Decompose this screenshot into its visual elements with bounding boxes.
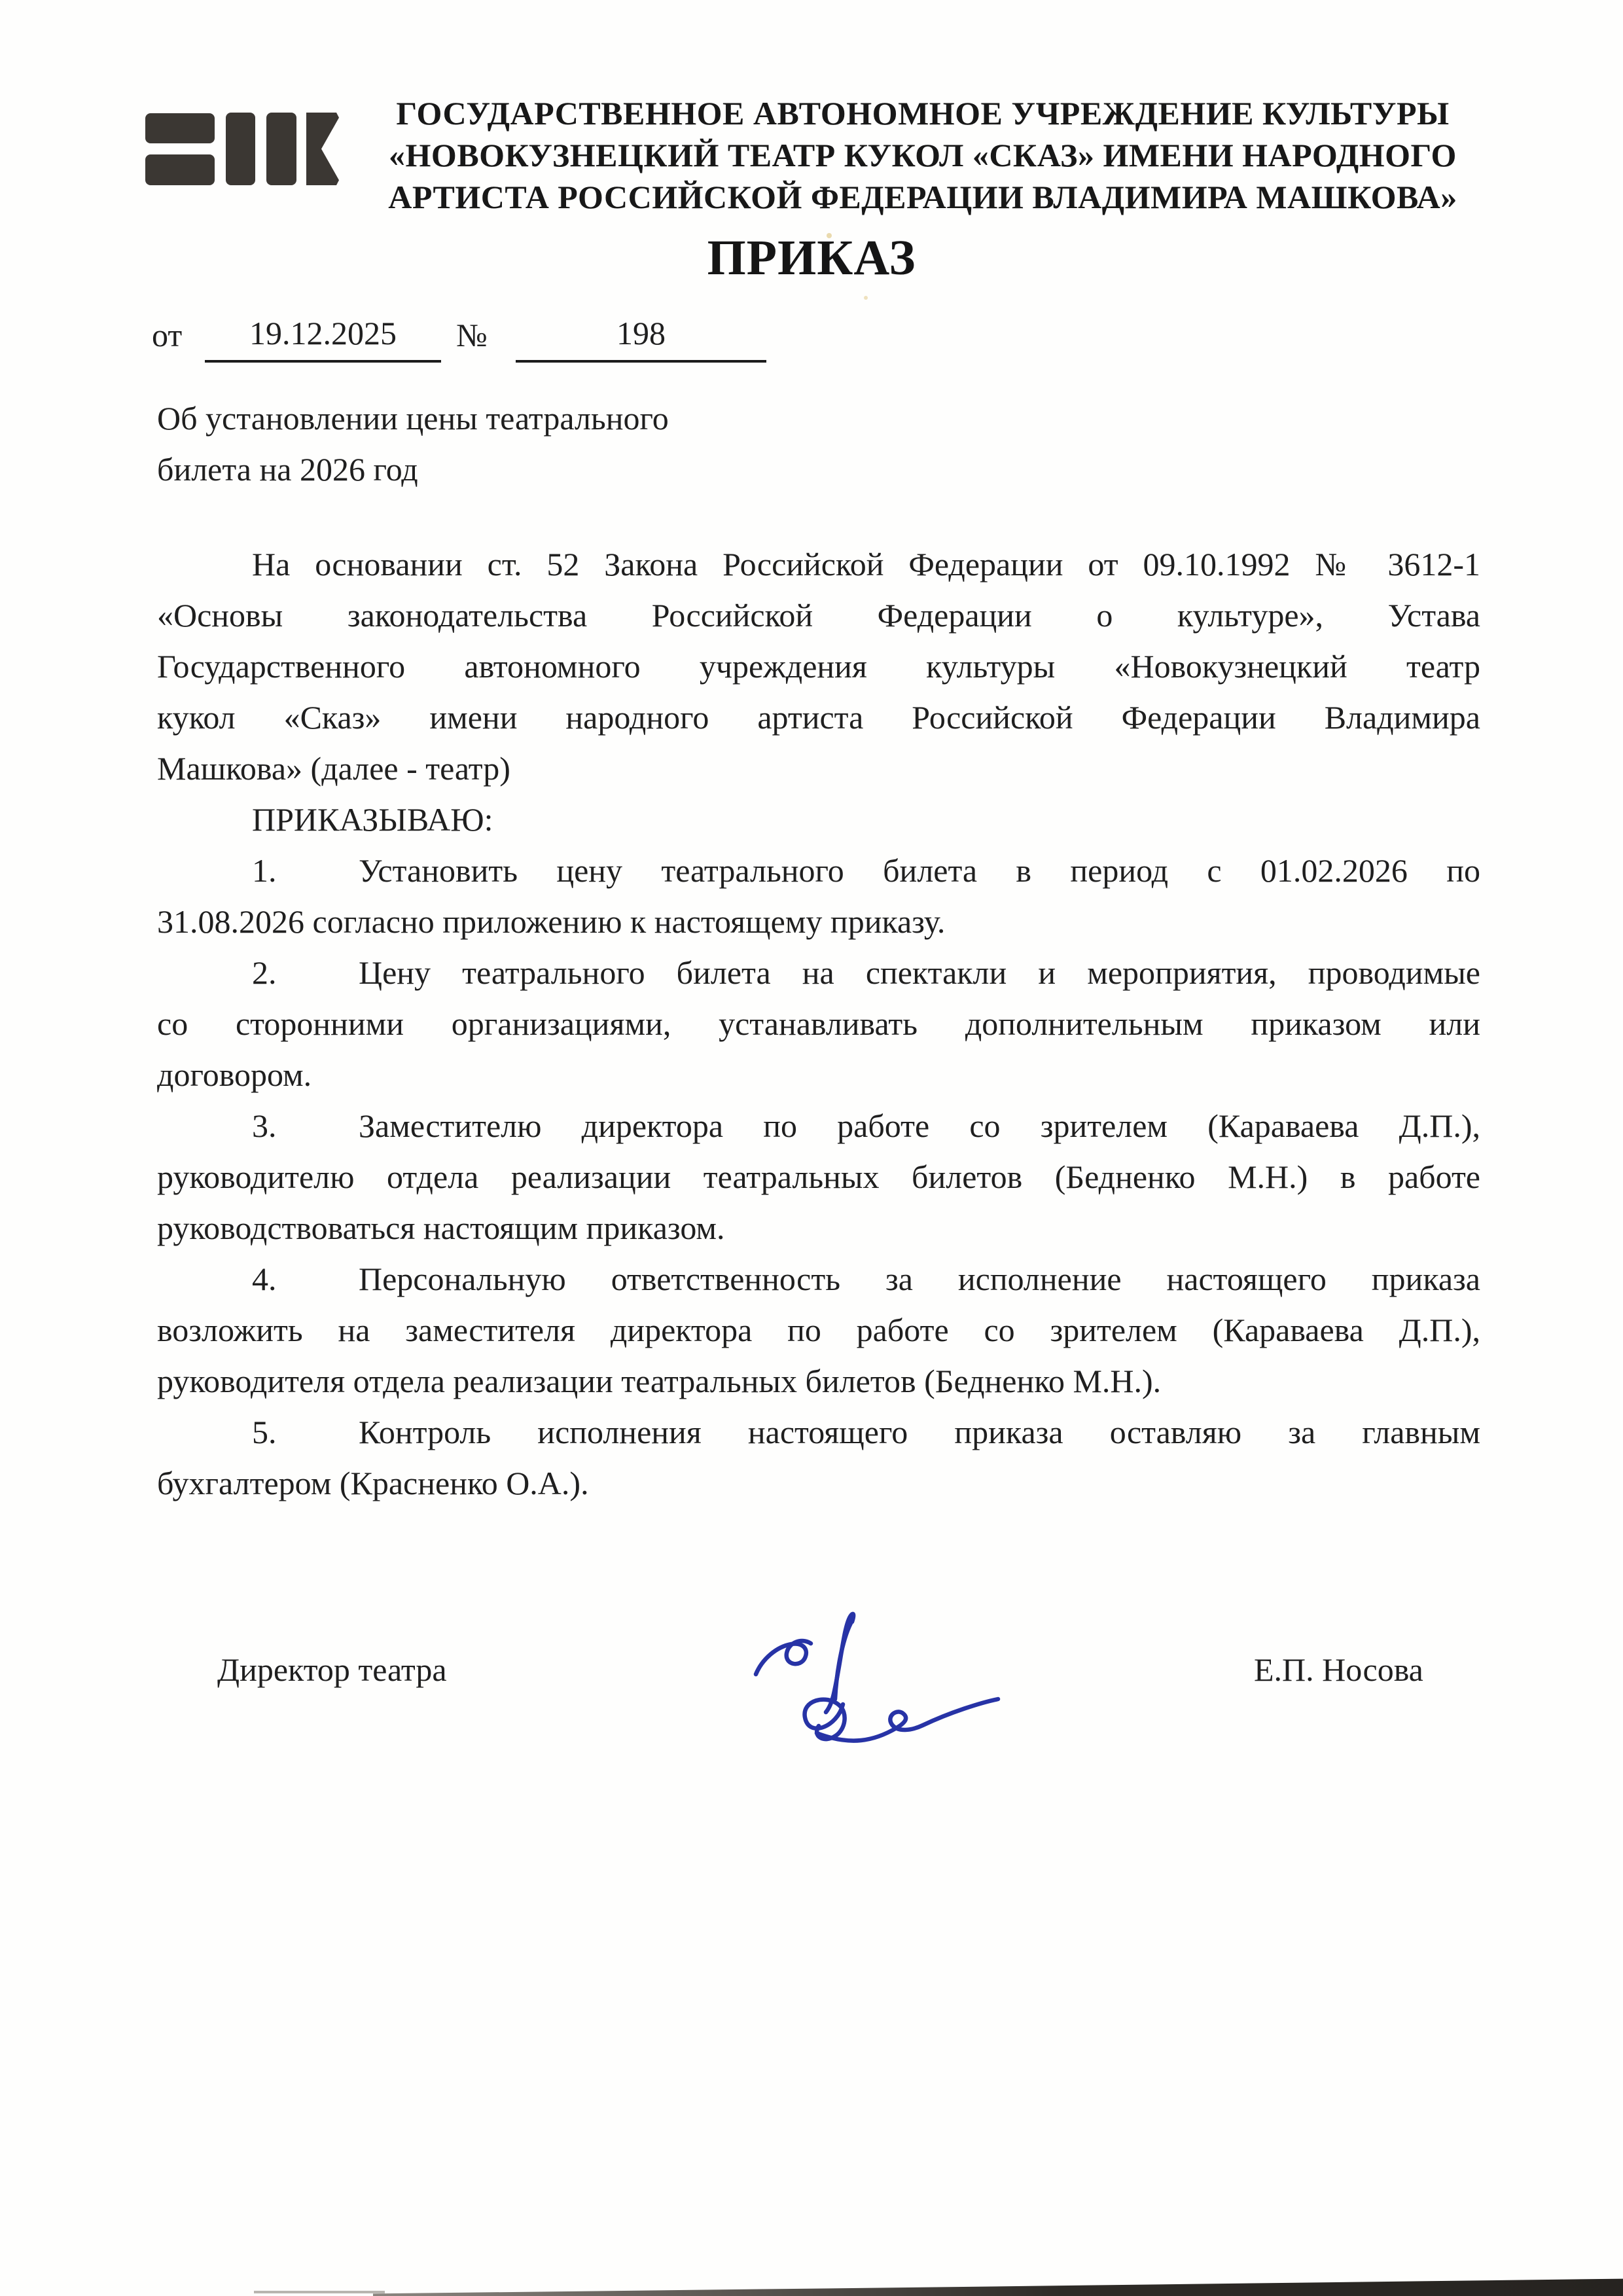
date-value: 19.12.2025	[205, 313, 441, 363]
scan-edge-artifact	[373, 2276, 1623, 2296]
item-4-line: 4.Персональную ответственность за исполн…	[157, 1253, 1480, 1304]
subject-block: Об установлении цены театрального билета…	[157, 393, 1008, 495]
item-2-line: 2.Цену театрального билета на спектакли …	[157, 947, 1480, 998]
organization-name-line3: АРТИСТА РОССИЙСКОЙ ФЕДЕРАЦИИ ВЛАДИМИРА М…	[366, 176, 1479, 218]
organization-name-line2: «НОВОКУЗНЕЦКИЙ ТЕАТР КУКОЛ «СКАЗ» ИМЕНИ …	[366, 134, 1479, 176]
subject-line1: Об установлении цены театрального	[157, 393, 1008, 444]
item-4-line: руководителя отдела реализации театральн…	[157, 1355, 1480, 1407]
item-3-line: руководителю отдела реализации театральн…	[157, 1151, 1480, 1202]
intro-line: кукол «Сказ» имени народного артиста Рос…	[157, 692, 1480, 743]
order-body: На основании ст. 52 Закона Российской Фе…	[157, 539, 1480, 1509]
item-2-number: 2.	[252, 947, 359, 998]
scanned-order-page: ГОСУДАРСТВЕННОЕ АВТОНОМНОЕ УЧРЕЖДЕНИЕ КУ…	[0, 0, 1623, 2296]
number-value: 198	[516, 313, 766, 363]
logo-bar-top	[145, 113, 215, 143]
organization-name-line1: ГОСУДАРСТВЕННОЕ АВТОНОМНОЕ УЧРЕЖДЕНИЕ КУ…	[366, 92, 1479, 134]
date-label: от	[152, 315, 182, 355]
logo-bar-vertical-1	[226, 113, 255, 185]
item-1-number: 1.	[252, 845, 359, 896]
item-3-text: Заместителю директора по работе со зрите…	[359, 1107, 1480, 1144]
document-title: ПРИКАЗ	[0, 230, 1623, 285]
item-3-line: 3.Заместителю директора по работе со зри…	[157, 1100, 1480, 1151]
number-label: №	[456, 315, 488, 355]
scan-speck	[827, 233, 832, 238]
signer-name: Е.П. Носова	[1254, 1649, 1423, 1690]
item-3-number: 3.	[252, 1100, 359, 1151]
intro-line: Государственного автономного учреждения …	[157, 641, 1480, 692]
signer-position: Директор театра	[217, 1649, 447, 1690]
item-5-number: 5.	[252, 1407, 359, 1458]
logo-bar-bottom	[145, 154, 215, 185]
item-4-line: возложить на заместителя директора по ра…	[157, 1304, 1480, 1355]
director-signature	[740, 1597, 1014, 1748]
item-2-line: со сторонними организациями, устанавлива…	[157, 998, 1480, 1049]
scan-speck	[864, 296, 868, 300]
item-2-text: Цену театрального билета на спектакли и …	[359, 954, 1480, 991]
intro-line: На основании ст. 52 Закона Российской Фе…	[157, 539, 1480, 590]
logo-k-glyph	[306, 113, 339, 185]
item-1-text: Установить цену театрального билета в пе…	[359, 852, 1480, 889]
intro-line: «Основы законодательства Российской Феде…	[157, 590, 1480, 641]
logo-bar-vertical-2	[266, 113, 296, 185]
item-5-line: бухгалтером (Красненко О.А.).	[157, 1458, 1480, 1509]
theater-logo-icon	[145, 113, 342, 185]
item-1-line: 31.08.2026 согласно приложению к настоящ…	[157, 896, 1480, 947]
intro-line: Машкова» (далее - театр)	[157, 743, 1480, 794]
item-2-line: договором.	[157, 1049, 1480, 1100]
item-1-line: 1.Установить цену театрального билета в …	[157, 845, 1480, 896]
item-4-text: Персональную ответственность за исполнен…	[359, 1261, 1480, 1297]
item-3-line: руководствоваться настоящим приказом.	[157, 1202, 1480, 1253]
organization-name: ГОСУДАРСТВЕННОЕ АВТОНОМНОЕ УЧРЕЖДЕНИЕ КУ…	[366, 92, 1479, 218]
subject-line2: билета на 2026 год	[157, 444, 1008, 495]
item-5-line: 5.Контроль исполнения настоящего приказа…	[157, 1407, 1480, 1458]
order-word: ПРИКАЗЫВАЮ:	[157, 794, 1480, 845]
scan-edge-artifact-tail	[254, 2291, 385, 2293]
item-4-number: 4.	[252, 1253, 359, 1304]
item-5-text: Контроль исполнения настоящего приказа о…	[359, 1414, 1480, 1450]
